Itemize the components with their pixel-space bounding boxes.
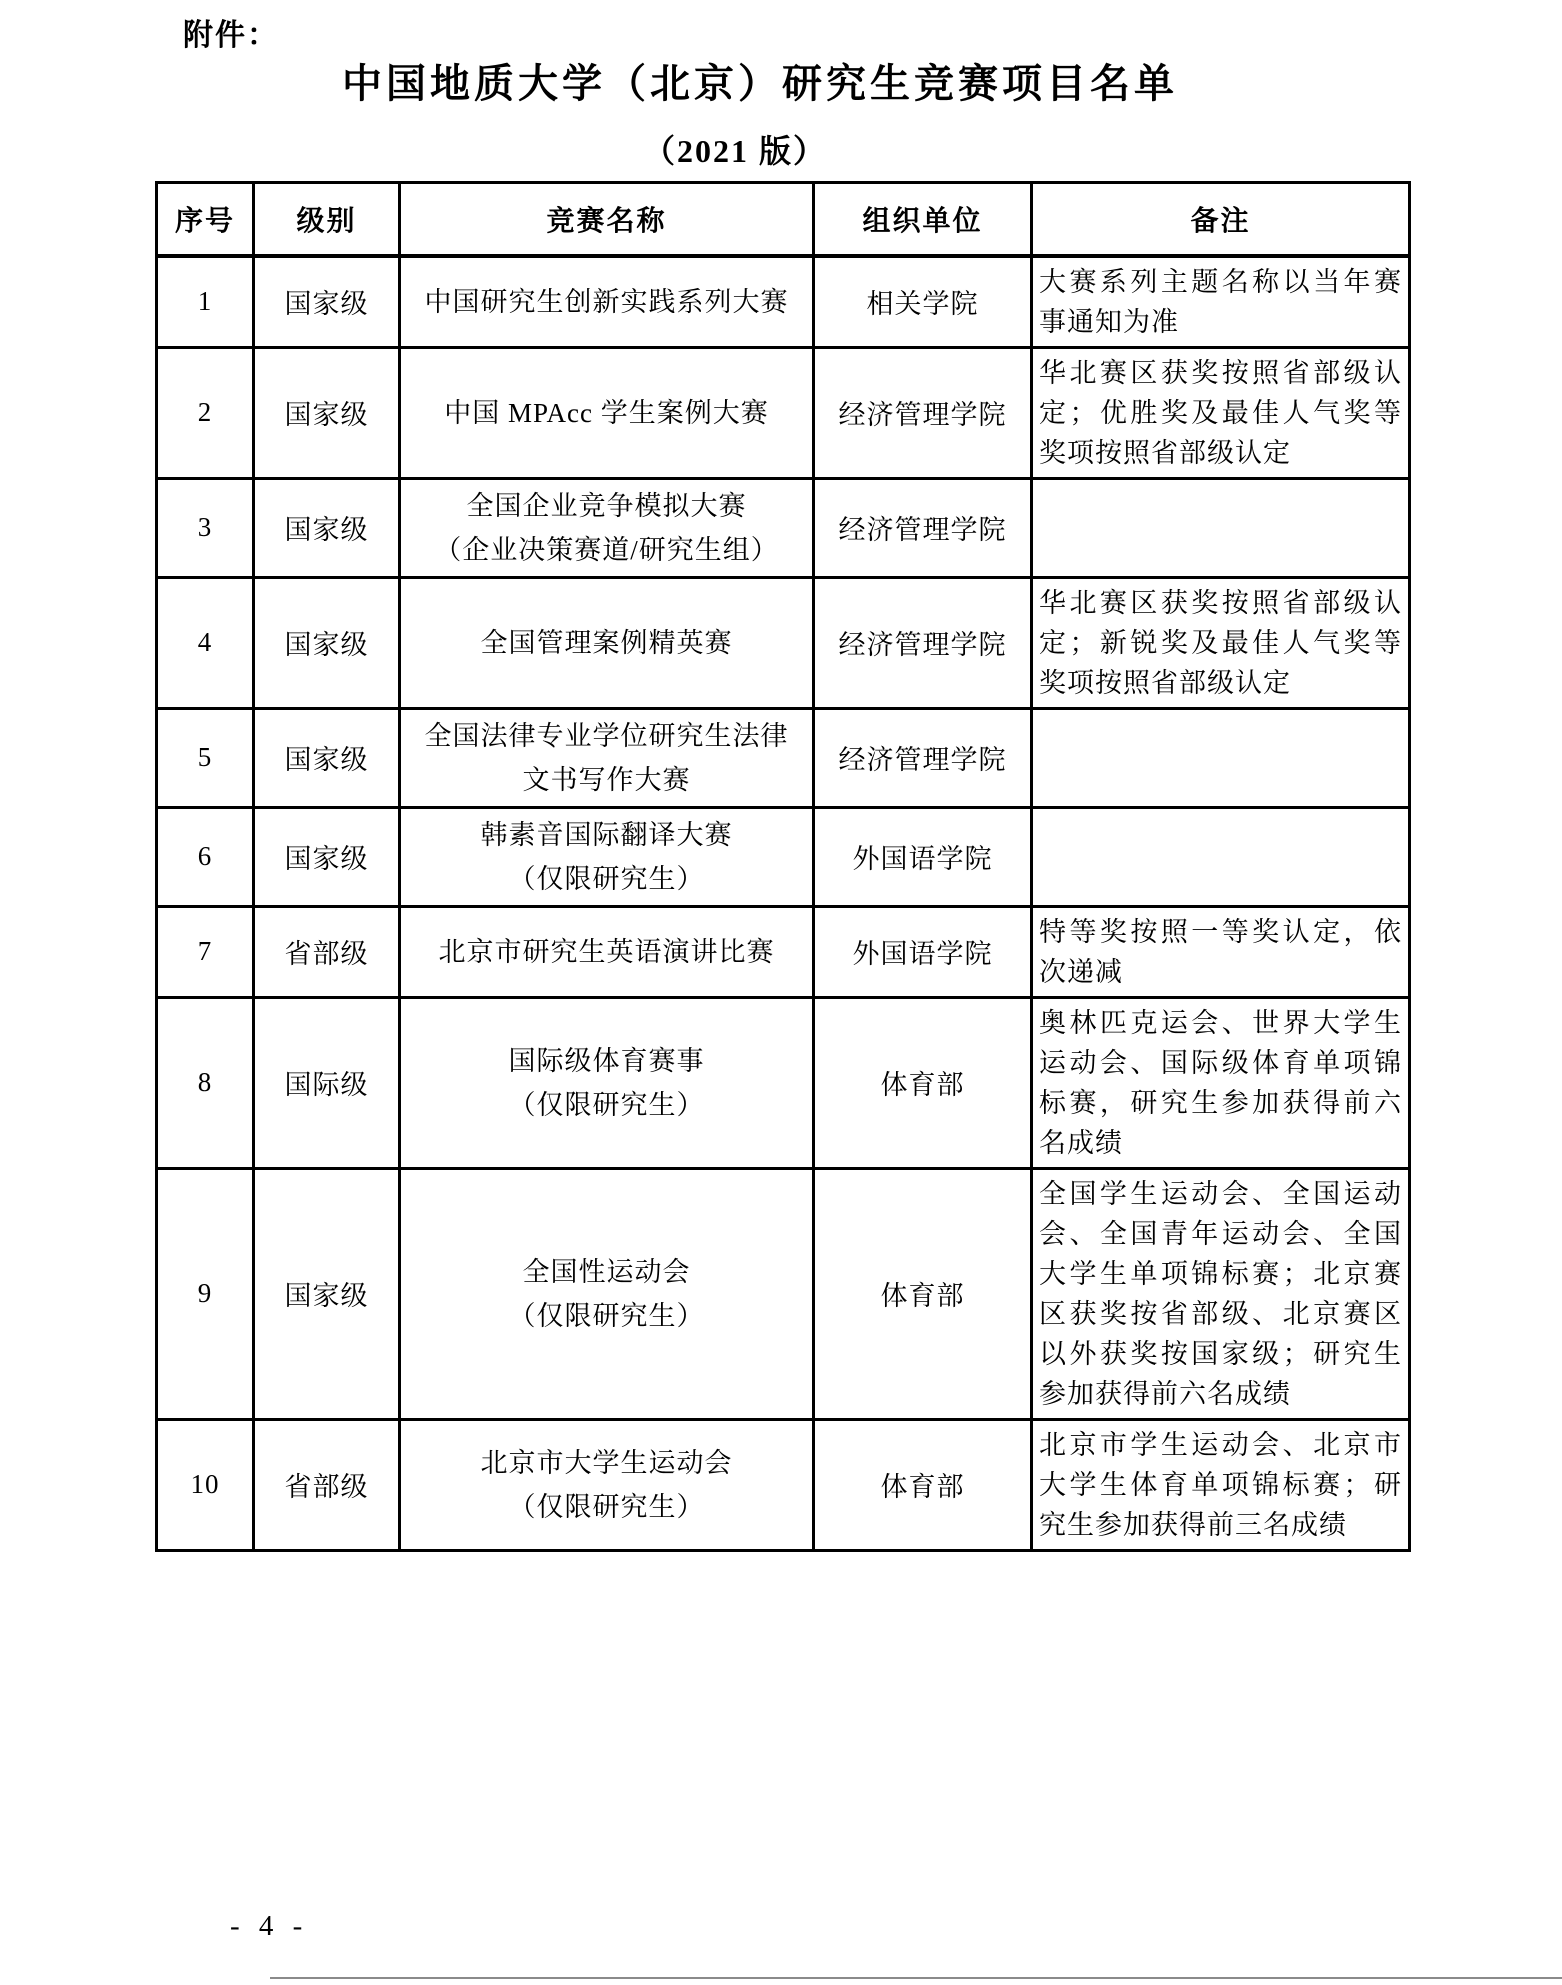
table-row: 4 国家级 全国管理案例精英赛 经济管理学院 华北赛区获奖按照省部级认定；新锐奖…	[157, 577, 1410, 708]
cell-serial-number: 9	[157, 1168, 254, 1419]
cell-level: 国家级	[254, 577, 400, 708]
table-row: 7 省部级 北京市研究生英语演讲比赛 外国语学院 特等奖按照一等奖认定，依次递减	[157, 906, 1410, 997]
cell-level: 国家级	[254, 347, 400, 478]
attachment-label: 附件：	[183, 10, 279, 54]
cell-serial-number: 4	[157, 577, 254, 708]
table-row: 10 省部级 北京市大学生运动会（仅限研究生） 体育部 北京市学生运动会、北京市…	[157, 1419, 1410, 1550]
cell-competition-name: 全国管理案例精英赛	[400, 577, 814, 708]
scan-artifact-line	[270, 1977, 1562, 1979]
cell-level: 省部级	[254, 906, 400, 997]
cell-organizer: 经济管理学院	[814, 708, 1032, 807]
cell-level: 国家级	[254, 807, 400, 906]
page-subtitle: （2021 版）	[0, 126, 1470, 172]
cell-serial-number: 8	[157, 997, 254, 1168]
cell-competition-name: 全国性运动会（仅限研究生）	[400, 1168, 814, 1419]
cell-organizer: 外国语学院	[814, 807, 1032, 906]
header-competition-name: 竞赛名称	[400, 183, 814, 256]
cell-level: 国际级	[254, 997, 400, 1168]
cell-level: 国家级	[254, 708, 400, 807]
cell-level: 国家级	[254, 478, 400, 577]
header-organizer: 组织单位	[814, 183, 1032, 256]
table-row: 1 国家级 中国研究生创新实践系列大赛 相关学院 大赛系列主题名称以当年赛事通知…	[157, 256, 1410, 348]
header-row: 序号 级别 竞赛名称 组织单位 备注	[157, 183, 1410, 256]
cell-level: 省部级	[254, 1419, 400, 1550]
competition-table-header: 序号 级别 竞赛名称 组织单位 备注	[157, 183, 1410, 256]
table-row: 3 国家级 全国企业竞争模拟大赛（企业决策赛道/研究生组） 经济管理学院	[157, 478, 1410, 577]
cell-competition-name: 国际级体育赛事（仅限研究生）	[400, 997, 814, 1168]
cell-organizer: 经济管理学院	[814, 577, 1032, 708]
cell-serial-number: 3	[157, 478, 254, 577]
page-title: 中国地质大学（北京）研究生竞赛项目名单	[0, 52, 1520, 109]
table-row: 9 国家级 全国性运动会（仅限研究生） 体育部 全国学生运动会、全国运动会、全国…	[157, 1168, 1410, 1419]
page-number: - 4 -	[230, 1910, 308, 1943]
cell-remark	[1032, 708, 1410, 807]
cell-organizer: 体育部	[814, 1419, 1032, 1550]
cell-remark: 大赛系列主题名称以当年赛事通知为准	[1032, 256, 1410, 348]
competition-table-body: 1 国家级 中国研究生创新实践系列大赛 相关学院 大赛系列主题名称以当年赛事通知…	[157, 256, 1410, 1551]
cell-organizer: 外国语学院	[814, 906, 1032, 997]
cell-level: 国家级	[254, 1168, 400, 1419]
cell-serial-number: 2	[157, 347, 254, 478]
cell-level: 国家级	[254, 256, 400, 348]
cell-serial-number: 7	[157, 906, 254, 997]
cell-competition-name: 北京市大学生运动会（仅限研究生）	[400, 1419, 814, 1550]
cell-competition-name: 全国法律专业学位研究生法律文书写作大赛	[400, 708, 814, 807]
cell-organizer: 体育部	[814, 997, 1032, 1168]
cell-remark	[1032, 807, 1410, 906]
document-page: 附件： 中国地质大学（北京）研究生竞赛项目名单 （2021 版） 序号 级别 竞…	[0, 0, 1562, 1985]
cell-remark: 全国学生运动会、全国运动会、全国青年运动会、全国大学生单项锦标赛；北京赛区获奖按…	[1032, 1168, 1410, 1419]
cell-competition-name: 中国研究生创新实践系列大赛	[400, 256, 814, 348]
table-row: 6 国家级 韩素音国际翻译大赛（仅限研究生） 外国语学院	[157, 807, 1410, 906]
cell-competition-name: 中国 MPAcc 学生案例大赛	[400, 347, 814, 478]
cell-organizer: 经济管理学院	[814, 347, 1032, 478]
table-row: 8 国际级 国际级体育赛事（仅限研究生） 体育部 奥林匹克运会、世界大学生运动会…	[157, 997, 1410, 1168]
cell-remark: 特等奖按照一等奖认定，依次递减	[1032, 906, 1410, 997]
cell-remark: 奥林匹克运会、世界大学生运动会、国际级体育单项锦标赛，研究生参加获得前六名成绩	[1032, 997, 1410, 1168]
cell-remark: 华北赛区获奖按照省部级认定；优胜奖及最佳人气奖等奖项按照省部级认定	[1032, 347, 1410, 478]
cell-competition-name: 全国企业竞争模拟大赛（企业决策赛道/研究生组）	[400, 478, 814, 577]
header-remark: 备注	[1032, 183, 1410, 256]
header-level: 级别	[254, 183, 400, 256]
table-row: 2 国家级 中国 MPAcc 学生案例大赛 经济管理学院 华北赛区获奖按照省部级…	[157, 347, 1410, 478]
cell-serial-number: 6	[157, 807, 254, 906]
header-no: 序号	[157, 183, 254, 256]
cell-serial-number: 10	[157, 1419, 254, 1550]
table-row: 5 国家级 全国法律专业学位研究生法律文书写作大赛 经济管理学院	[157, 708, 1410, 807]
cell-organizer: 相关学院	[814, 256, 1032, 348]
cell-serial-number: 1	[157, 256, 254, 348]
cell-competition-name: 韩素音国际翻译大赛（仅限研究生）	[400, 807, 814, 906]
cell-remark	[1032, 478, 1410, 577]
cell-competition-name: 北京市研究生英语演讲比赛	[400, 906, 814, 997]
cell-serial-number: 5	[157, 708, 254, 807]
cell-remark: 华北赛区获奖按照省部级认定；新锐奖及最佳人气奖等奖项按照省部级认定	[1032, 577, 1410, 708]
competition-table: 序号 级别 竞赛名称 组织单位 备注 1 国家级 中国研究生创新实践系列大赛 相…	[155, 181, 1411, 1552]
cell-organizer: 体育部	[814, 1168, 1032, 1419]
cell-organizer: 经济管理学院	[814, 478, 1032, 577]
cell-remark: 北京市学生运动会、北京市大学生体育单项锦标赛；研究生参加获得前三名成绩	[1032, 1419, 1410, 1550]
